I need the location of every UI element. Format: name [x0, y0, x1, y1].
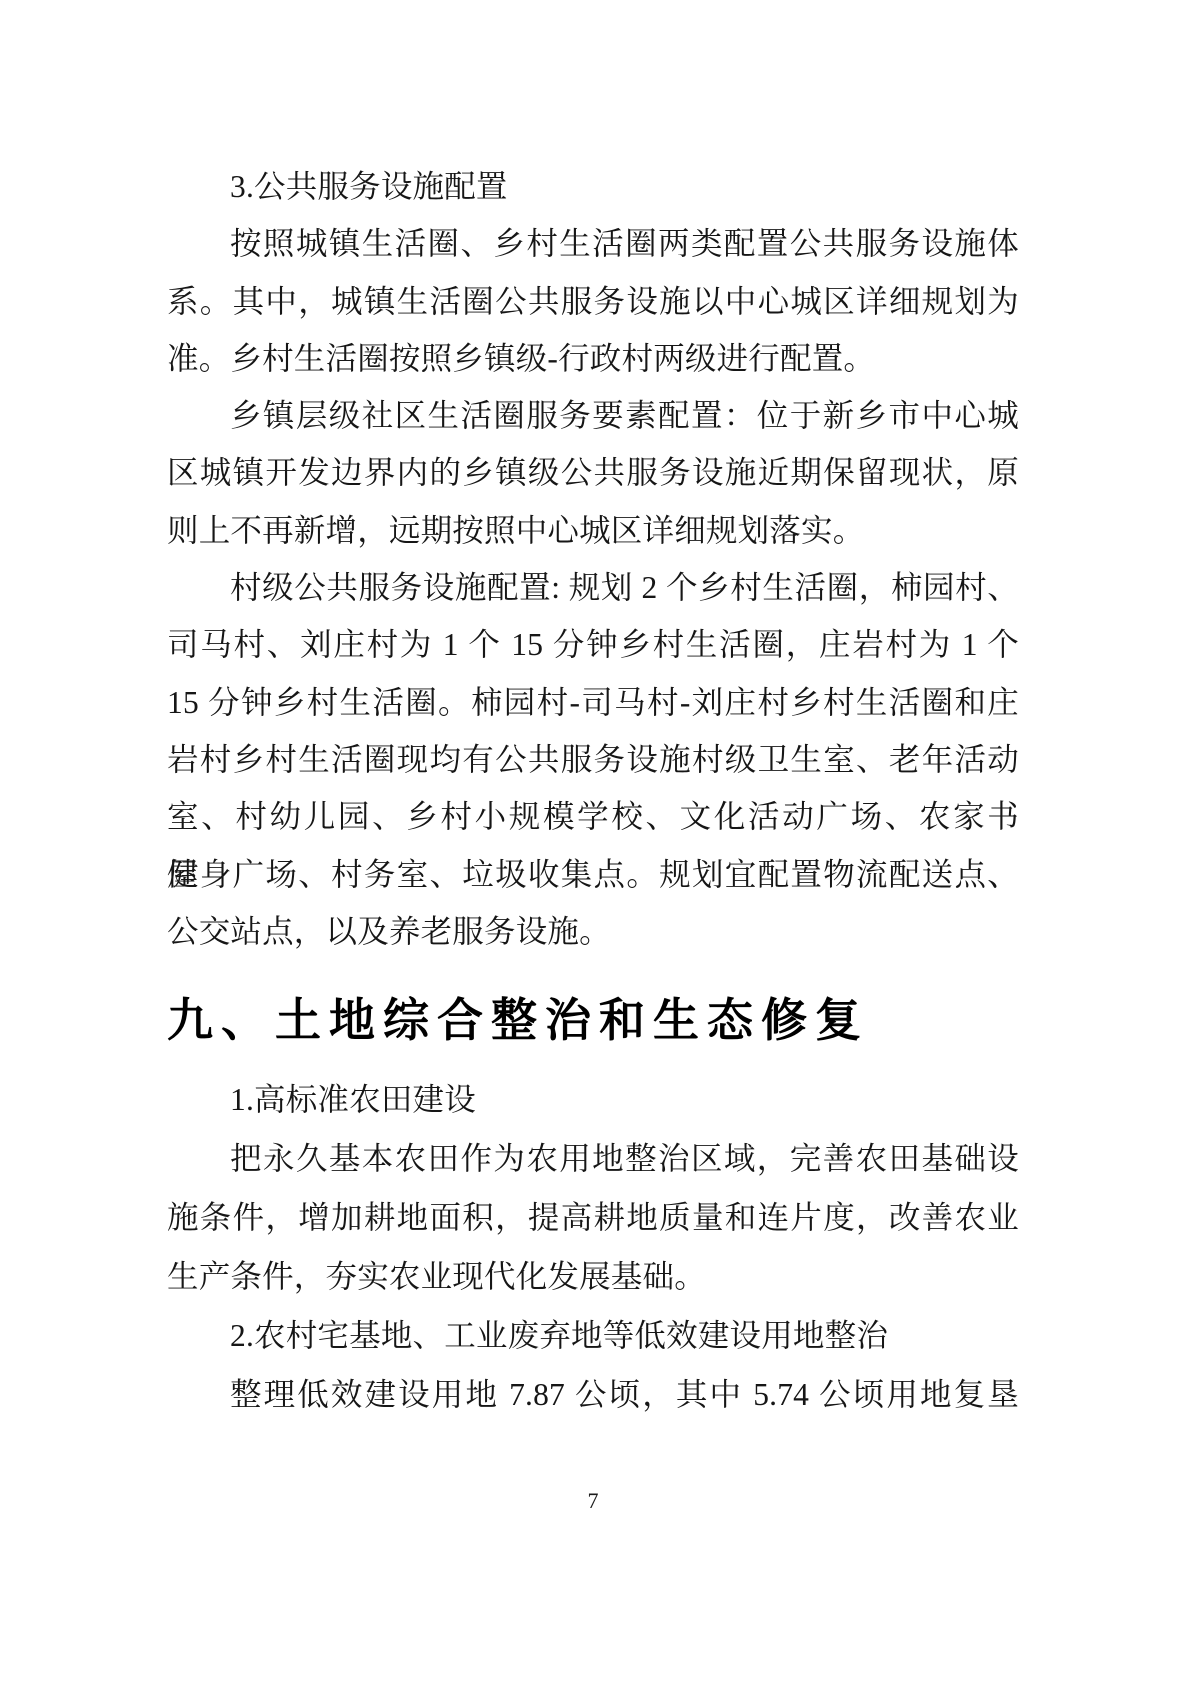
text-line: 健身广场、村务室、垃圾收集点。规划宜配置物流配送点、: [167, 846, 1019, 903]
text-line: 乡镇层级社区生活圈服务要素配置：位于新乡市中心城: [167, 387, 1019, 444]
text-line: 司马村、刘庄村为 1 个 15 分钟乡村生活圈，庄岩村为 1 个: [167, 616, 1019, 673]
text-line: 区城镇开发边界内的乡镇级公共服务设施近期保留现状，原: [167, 444, 1019, 501]
text-line: 按照城镇生活圈、乡村生活圈两类配置公共服务设施体: [167, 215, 1019, 272]
text-line: 岩村乡村生活圈现均有公共服务设施村级卫生室、老年活动: [167, 731, 1019, 788]
text-line: 室、村幼儿园、乡村小规模学校、文化活动广场、农家书屋、: [167, 788, 1019, 845]
subsection-title-2: 2.农村宅基地、工业废弃地等低效建设用地整治: [167, 1306, 1019, 1365]
text-line: 准。乡村生活圈按照乡镇级-行政村两级进行配置。: [167, 330, 1019, 387]
text-line: 把永久基本农田作为农用地整治区域，完善农田基础设: [167, 1129, 1019, 1188]
text-line: 则上不再新增，远期按照中心城区详细规划落实。: [167, 502, 1019, 559]
text-line: 15 分钟乡村生活圈。柿园村-司马村-刘庄村乡村生活圈和庄: [167, 674, 1019, 731]
text-line: 整理低效建设用地 7.87 公顷，其中 5.74 公顷用地复垦: [167, 1365, 1019, 1424]
subsection-title-3: 3.公共服务设施配置: [167, 158, 1019, 215]
text-line: 生产条件，夯实农业现代化发展基础。: [167, 1247, 1019, 1306]
subsection-title-1: 1.高标准农田建设: [167, 1070, 1019, 1129]
text-line: 施条件，增加耕地面积，提高耕地质量和连片度，改善农业: [167, 1188, 1019, 1247]
text-line: 公交站点，以及养老服务设施。: [167, 903, 1019, 960]
text-line: 村级公共服务设施配置: 规划 2 个乡村生活圈，柿园村、: [167, 559, 1019, 616]
text-line: 系。其中，城镇生活圈公共服务设施以中心城区详细规划为: [167, 273, 1019, 330]
document-body: 3.公共服务设施配置 按照城镇生活圈、乡村生活圈两类配置公共服务设施体 系。其中…: [167, 158, 1019, 1424]
page-number: 7: [167, 1488, 1019, 1514]
document-page: 3.公共服务设施配置 按照城镇生活圈、乡村生活圈两类配置公共服务设施体 系。其中…: [0, 0, 1190, 1683]
section-9-title: 九、土地综合整治和生态修复: [167, 976, 1019, 1064]
